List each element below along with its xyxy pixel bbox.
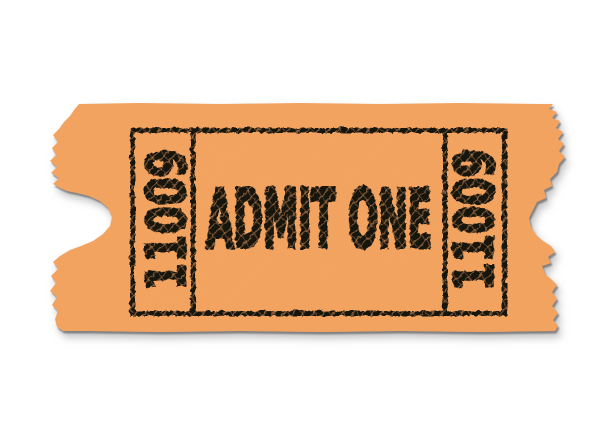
scratch-texture-overlay-2: [124, 122, 510, 320]
ticket: ADMIT ONE 11009 11009: [50, 103, 565, 332]
stamp-print: ADMIT ONE 11009 11009: [124, 122, 510, 320]
ticket-illustration: ADMIT ONE 11009 11009: [0, 0, 612, 444]
ticket-canvas: ADMIT ONE 11009 11009: [0, 0, 612, 444]
